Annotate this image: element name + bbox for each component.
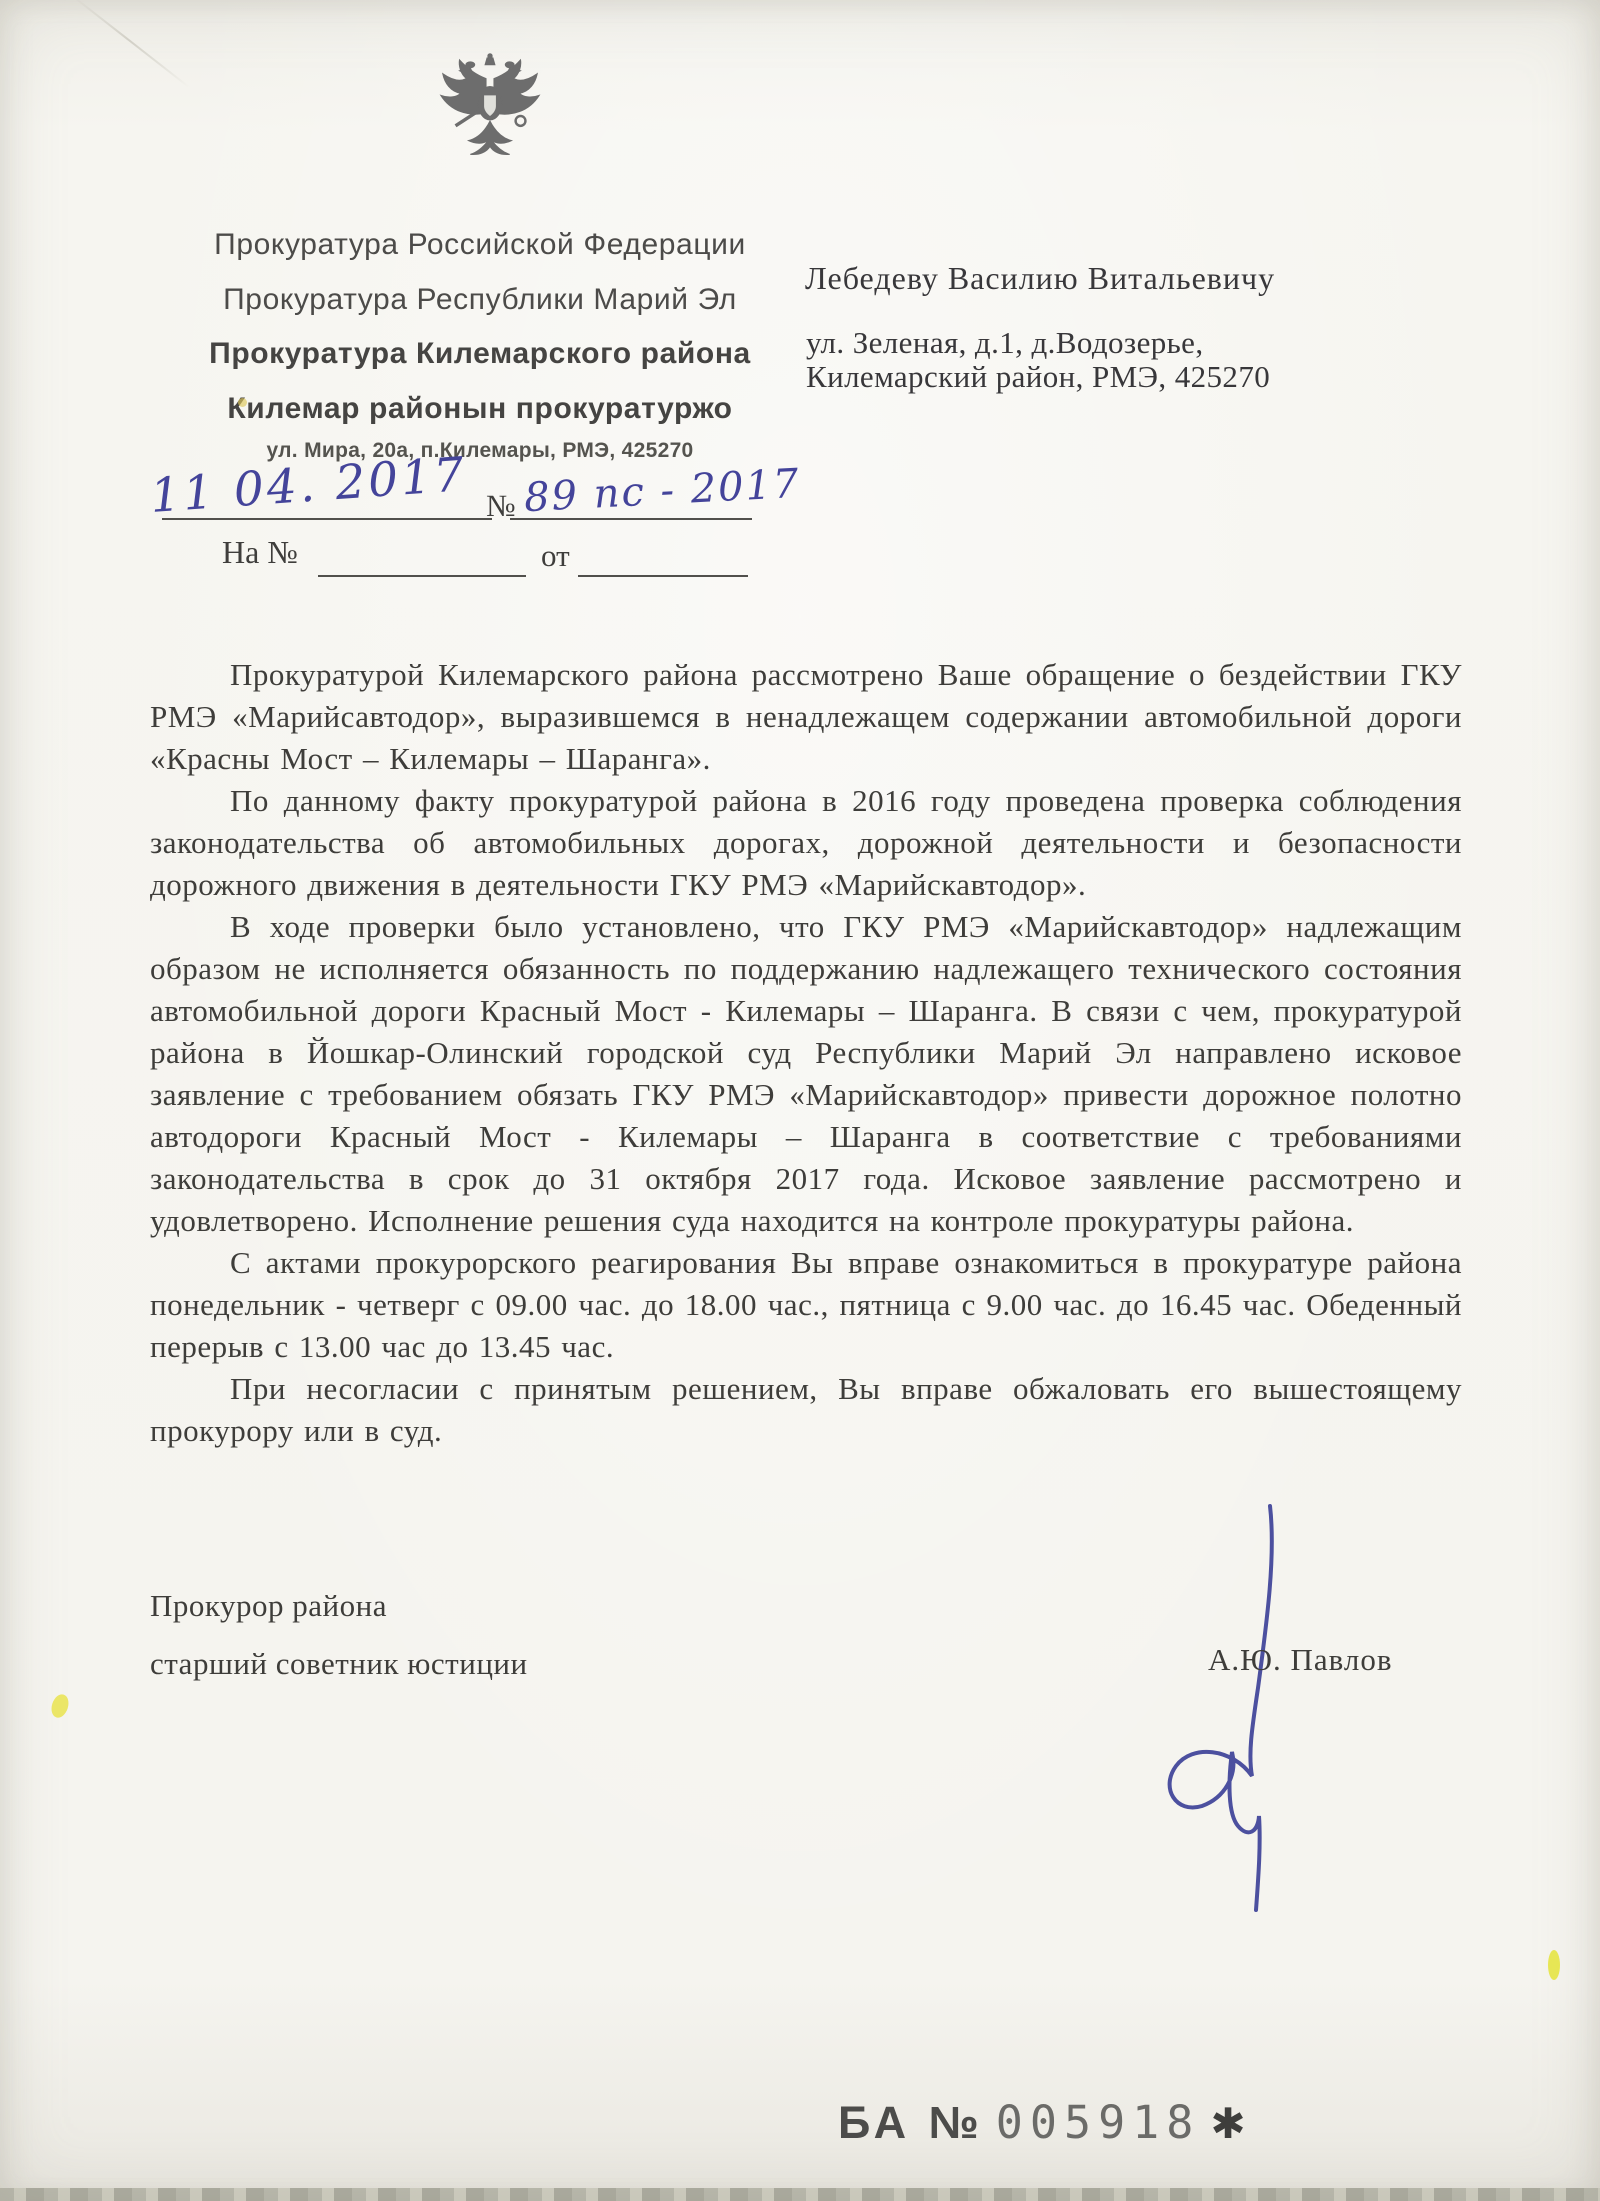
handwritten-number: 89 пс - 2017 [523,461,802,521]
yellow-speck [1548,1950,1560,1980]
scanned-letter-page: Прокуратура Российской Федерации Прокура… [0,0,1600,2201]
yellow-speck [238,398,247,407]
org-republic-line: Прокуратура Республики Марий Эл [223,283,737,317]
handwritten-date: 11 04. 2017 [148,447,468,524]
org-federation-line: Прокуратура Российской Федерации [214,228,746,262]
number-underline [510,518,752,520]
ref-from: от [541,538,570,574]
stamp-number: 005918 [996,2096,1201,2149]
body-paragraph: В ходе проверки было установлено, что ГК… [150,906,1462,1242]
stamp-series: БА № [838,2097,984,2148]
signatory-name: А.Ю. Павлов [1208,1642,1392,1678]
ref-prefix: На № [222,534,298,571]
body-paragraph: По данному факту прокуратурой района в 2… [150,780,1462,906]
org-district-mari-line: Килемар районын прокуратуржо [227,392,732,426]
letter-body: Прокуратурой Килемарского района рассмот… [150,654,1462,1452]
body-paragraph: С актами прокурорского реагирования Вы в… [150,1242,1462,1368]
ref-blank-number [318,575,526,577]
signatory-position-line2: старший советник юстиции [150,1646,528,1682]
paper-crease [70,0,189,88]
date-underline [162,518,492,520]
scanner-edge-strip [0,2188,1600,2201]
russia-coat-of-arms-icon [430,52,550,180]
form-number-stamp: БА №005918✱ [838,2096,1246,2149]
signatory-position-line1: Прокурор района [150,1588,387,1624]
yellow-speck [49,1692,72,1720]
recipient-address-line2: Килемарский район, РМЭ, 425270 [806,360,1270,394]
body-paragraph: Прокуратурой Килемарского района рассмот… [150,654,1462,780]
recipient-address-line1: ул. Зеленая, д.1, д.Водозерье, [806,326,1270,360]
org-district-line: Прокуратура Килемарского района [209,337,751,371]
recipient-address: ул. Зеленая, д.1, д.Водозерье, Килемарск… [806,326,1270,394]
body-paragraph: При несогласии с принятым решением, Вы в… [150,1368,1462,1452]
ref-blank-date [578,575,748,577]
stamp-asterisk-icon: ✱ [1210,2099,1245,2148]
signature-ink-icon [1080,1498,1340,1918]
recipient-name: Лебедеву Василию Витальевичу [805,260,1275,297]
